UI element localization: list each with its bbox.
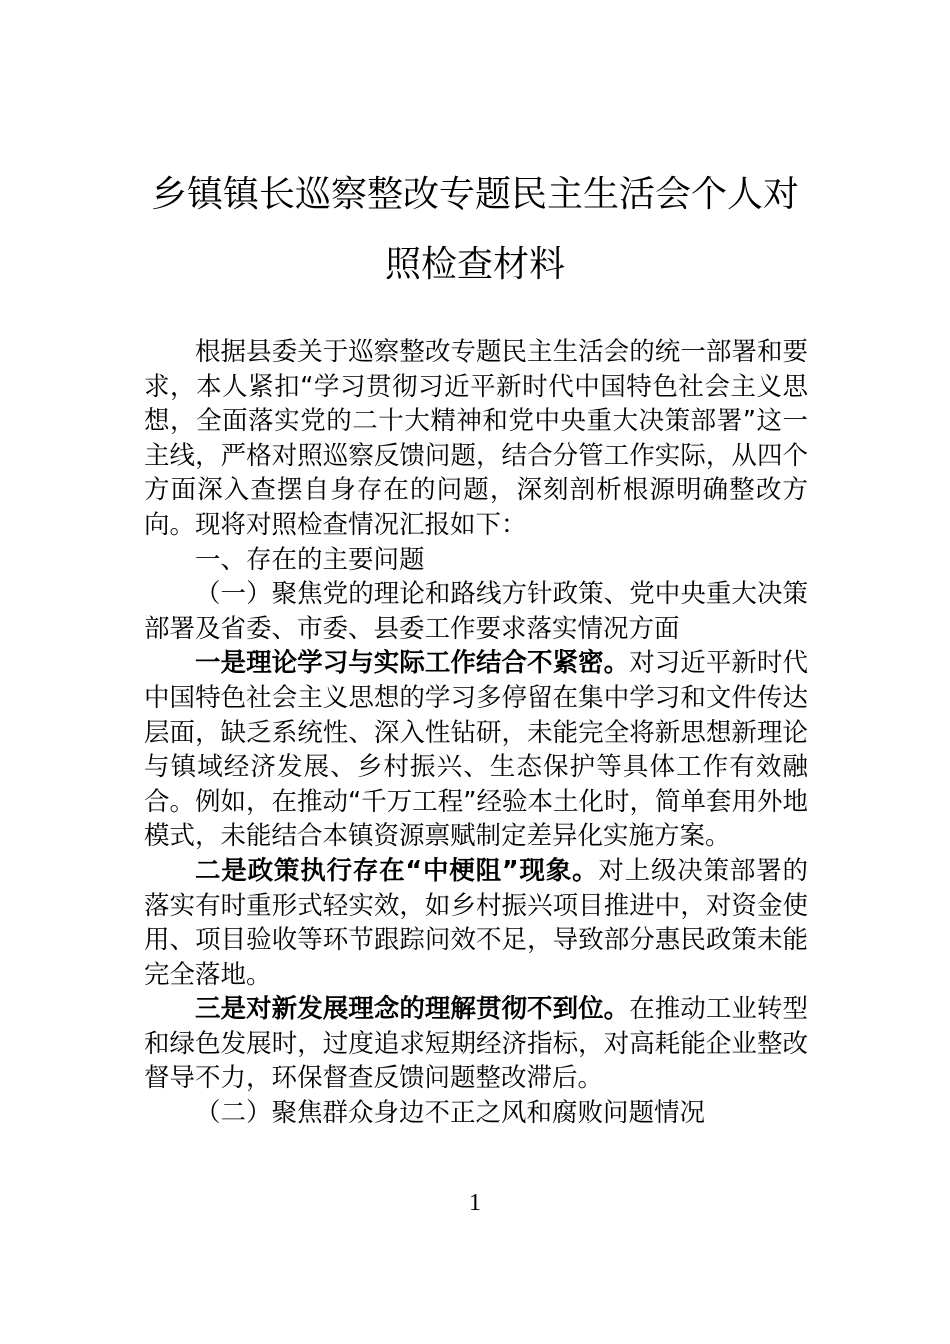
title-line-2: 照检查材料	[140, 230, 810, 300]
subsection-heading-1: （一）聚焦党的理论和路线方针政策、党中央重大决策部署及省委、市委、县委工作要求落…	[144, 577, 808, 646]
subsection-heading-2: （二）聚焦群众身边不正之风和腐败问题情况	[144, 1096, 808, 1131]
document-body: 根据县委关于巡察整改专题民主生活会的统一部署和要求，本人紧扣“学习贯彻习近平新时…	[144, 335, 808, 1131]
problem-item-2-lead: 二是政策执行存在“中梗阻”现象。	[195, 856, 598, 886]
problem-item-3-lead: 三是对新发展理念的理解贯彻不到位。	[195, 994, 629, 1024]
intro-paragraph: 根据县委关于巡察整改专题民主生活会的统一部署和要求，本人紧扣“学习贯彻习近平新时…	[144, 335, 808, 543]
problem-item-2: 二是政策执行存在“中梗阻”现象。对上级决策部署的落实有时重形式轻实效，如乡村振兴…	[144, 854, 808, 992]
document-page: 乡镇镇长巡察整改专题民主生活会个人对 照检查材料 根据县委关于巡察整改专题民主生…	[0, 0, 950, 1344]
problem-item-1-lead: 一是理论学习与实际工作结合不紧密。	[195, 648, 629, 678]
problem-item-1-text: 对习近平新时代中国特色社会主义思想的学习多停留在集中学习和文件传达层面，缺乏系统…	[144, 648, 808, 851]
document-title: 乡镇镇长巡察整改专题民主生活会个人对 照检查材料	[140, 160, 810, 300]
title-line-1: 乡镇镇长巡察整改专题民主生活会个人对	[140, 160, 810, 230]
page-number: 1	[0, 1188, 950, 1218]
problem-item-3: 三是对新发展理念的理解贯彻不到位。在推动工业转型和绿色发展时，过度追求短期经济指…	[144, 992, 808, 1096]
section-heading-problems: 一、存在的主要问题	[144, 543, 808, 578]
problem-item-1: 一是理论学习与实际工作结合不紧密。对习近平新时代中国特色社会主义思想的学习多停留…	[144, 646, 808, 854]
